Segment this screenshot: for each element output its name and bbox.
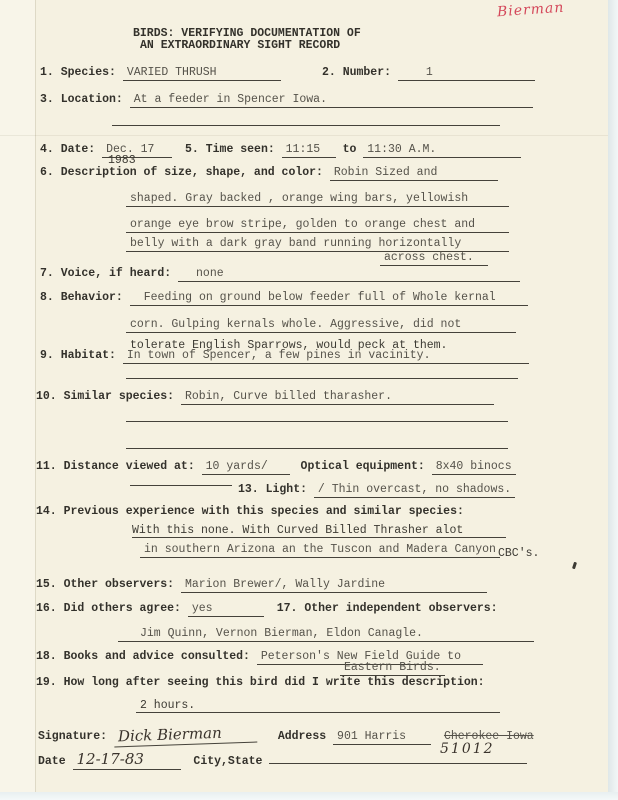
description-line2: shaped. Gray backed , orange wing bars, …	[126, 192, 509, 207]
experience-label: 14. Previous experience with this specie…	[36, 505, 464, 518]
field-did-others-agree: 16. Did others agree: yes 17. Other inde…	[36, 602, 498, 617]
field-voice: 7. Voice, if heard: none	[40, 267, 520, 282]
handwritten-name-annotation: Bierman	[497, 0, 565, 20]
habitat-label: 9. Habitat:	[40, 349, 116, 362]
agree-value: yes	[188, 602, 264, 617]
other-observers-value: Marion Brewer/, Wally Jardine	[181, 578, 487, 593]
footer-date-handwritten: 12-17-83	[73, 750, 181, 770]
description-label: 6. Description of size, shape, and color…	[40, 166, 323, 179]
field-similar-species: 10. Similar species: Robin, Curve billed…	[36, 390, 494, 405]
left-fold-shading	[0, 0, 35, 800]
behavior-line1: Feeding on ground below feeder full of W…	[130, 291, 528, 306]
voice-value: none	[178, 267, 520, 282]
scan-edge-right	[608, 0, 618, 800]
citystate-label: City,State	[193, 755, 262, 768]
number-value: 1	[398, 66, 535, 81]
behavior-label: 8. Behavior:	[40, 291, 123, 304]
behavior-line2: corn. Gulping kernals whole. Aggressive,…	[126, 318, 516, 333]
zip-handwritten: 51012	[440, 741, 495, 757]
writeup-underline	[136, 699, 500, 713]
other-observers-label: 15. Other observers:	[36, 578, 174, 591]
description-line4: belly with a dark gray band running hori…	[126, 237, 509, 252]
field-species: 1. Species: VARIED THRUSH	[40, 66, 281, 81]
time-seen-label: 5. Time seen:	[185, 143, 275, 156]
optical-value: 8x40 binocs	[432, 460, 516, 475]
field-description: 6. Description of size, shape, and color…	[40, 166, 498, 181]
independent-observers-value: Jim Quinn, Vernon Bierman, Eldon Canagle…	[118, 627, 534, 642]
signature-label: Signature:	[38, 730, 107, 743]
light-label: 13. Light:	[238, 483, 307, 496]
similar-blank-line-2	[126, 435, 508, 449]
stray-ink-mark	[572, 562, 577, 570]
description-line1: Robin Sized and	[330, 166, 498, 181]
scanned-bird-documentation-form: Bierman BIRDS: VERIFYING DOCUMENTATION O…	[0, 0, 618, 800]
number-label: 2. Number:	[322, 66, 391, 79]
experience-line2: in southern Arizona an the Tuscon and Ma…	[140, 543, 500, 558]
date-label: 4. Date:	[40, 143, 95, 156]
location-label: 3. Location:	[40, 93, 123, 106]
agree-label: 16. Did others agree:	[36, 602, 181, 615]
location-value: At a feeder in Spencer Iowa.	[130, 93, 533, 108]
similar-species-label: 10. Similar species:	[36, 390, 174, 403]
light-value: / Thin overcast, no shadows.	[314, 483, 515, 498]
footer-date-label: Date	[38, 755, 66, 768]
horizontal-fold-line	[0, 135, 618, 136]
form-title-line2: AN EXTRAORDINARY SIGHT RECORD	[140, 39, 340, 52]
books-line2: Eastern Birds.	[340, 661, 445, 674]
voice-label: 7. Voice, if heard:	[40, 267, 171, 280]
independent-observers-label: 17. Other independent observers:	[277, 602, 498, 615]
species-label: 1. Species:	[40, 66, 116, 79]
scan-edge-bottom	[0, 792, 618, 800]
field-number: 2. Number: 1	[322, 66, 535, 81]
species-value: VARIED THRUSH	[123, 66, 281, 81]
field-behavior: 8. Behavior: Feeding on ground below fee…	[40, 291, 528, 306]
address-label: Address	[278, 730, 326, 743]
experience-line1-underline	[132, 524, 506, 538]
habitat-value: In town of Spencer, a few pines in vacin…	[123, 349, 529, 364]
field-distance-optical: 11. Distance viewed at: 10 yards/ Optica…	[36, 460, 516, 475]
time-to-word: to	[343, 143, 357, 156]
location-blank-line	[112, 112, 500, 126]
description-line5: across chest.	[380, 251, 488, 266]
citystate-blank	[269, 762, 527, 764]
signature-handwritten: Dick Bierman	[114, 723, 258, 748]
field-light: 13. Light: / Thin overcast, no shadows.	[238, 483, 515, 496]
books-label: 18. Books and advice consulted:	[36, 650, 250, 663]
time-from-value: 11:15	[282, 143, 336, 158]
time-to-value: 11:30 A.M.	[363, 143, 521, 158]
habitat-blank-line	[126, 365, 518, 379]
similar-species-value: Robin, Curve billed tharasher.	[181, 390, 494, 405]
writeup-label: 19. How long after seeing this bird did …	[36, 676, 485, 689]
field-other-observers: 15. Other observers: Marion Brewer/, Wal…	[36, 578, 487, 593]
field-location: 3. Location: At a feeder in Spencer Iowa…	[40, 93, 533, 108]
optical-continuation-blank	[130, 472, 232, 486]
similar-blank-line-1	[126, 408, 508, 422]
optical-label: Optical equipment:	[301, 460, 425, 473]
description-line3: orange eye brow stripe, golden to orange…	[126, 218, 509, 233]
experience-line2-suffix: CBC's.	[498, 547, 539, 560]
field-habitat: 9. Habitat: In town of Spencer, a few pi…	[40, 349, 529, 364]
address-value: 901 Harris	[333, 730, 431, 745]
